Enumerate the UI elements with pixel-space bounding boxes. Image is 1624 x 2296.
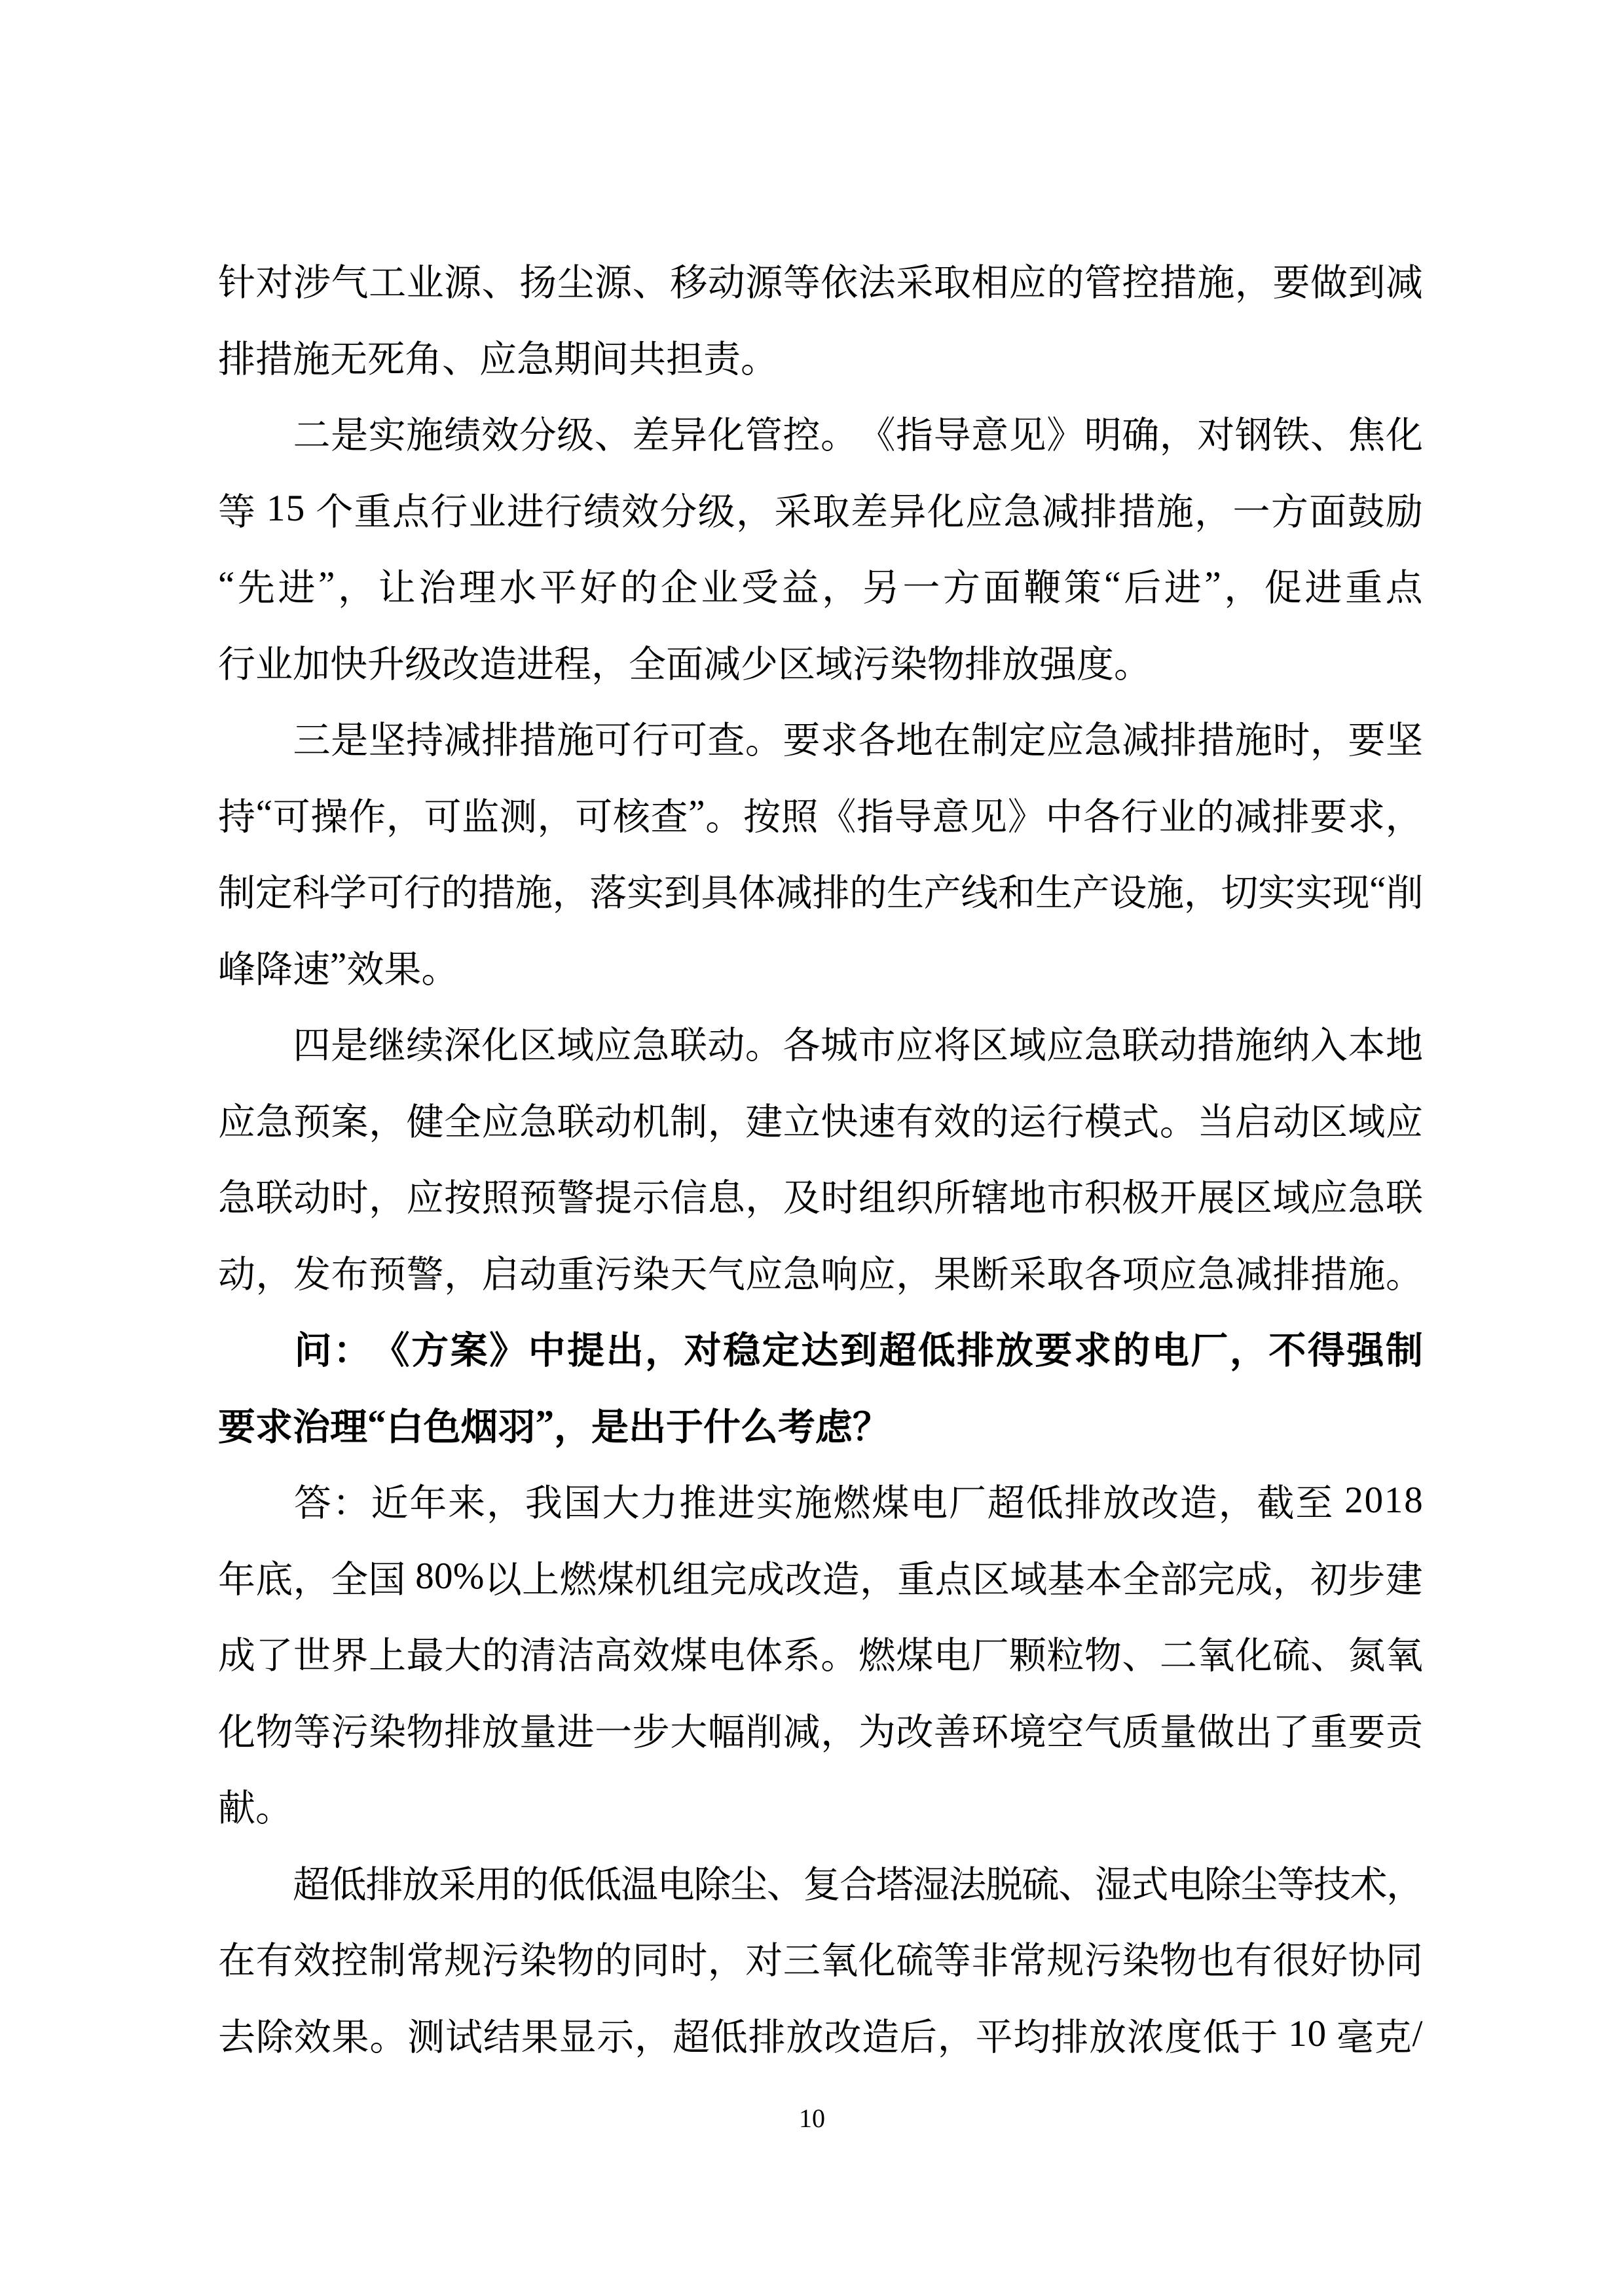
- text-line: 等 15 个重点行业进行绩效分级，采取差异化应急减排措施，一方面鼓励: [218, 471, 1423, 547]
- text-line: 成了世界上最大的清洁高效煤电体系。燃煤电厂颗粒物、二氧化硫、氮氧: [218, 1614, 1423, 1691]
- text-line: 去除效果。测试结果显示，超低排放改造后，平均排放浓度低于 10 毫克/: [218, 1996, 1423, 2073]
- text-line: 答：近年来，我国大力推进实施燃煤电厂超低排放改造，截至 2018: [218, 1462, 1423, 1539]
- text-line: 制定科学可行的措施，落实到具体减排的生产线和生产设施，切实实现“削: [218, 852, 1423, 928]
- text-line: 急联动时，应按照预警提示信息，及时组织所辖地市积极开展区域应急联: [218, 1157, 1423, 1233]
- page-number: 10: [0, 2099, 1624, 2138]
- text-line: 动，发布预警，启动重污染天气应急响应，果断采取各项应急减排措施。: [218, 1233, 1423, 1310]
- document-body: 针对涉气工业源、扬尘源、移动源等依法采取相应的管控措施，要做到减排措施无死角、应…: [218, 242, 1423, 2072]
- text-line: 化物等污染物排放量进一步大幅削减，为改善环境空气质量做出了重要贡: [218, 1691, 1423, 1768]
- document-page: 针对涉气工业源、扬尘源、移动源等依法采取相应的管控措施，要做到减排措施无死角、应…: [0, 0, 1624, 2296]
- text-line: 问：《方案》中提出，对稳定达到超低排放要求的电厂，不得强制: [218, 1309, 1423, 1386]
- text-line: “先进”，让治理水平好的企业受益，另一方面鞭策“后进”，促进重点: [218, 547, 1423, 623]
- text-line: 在有效控制常规污染物的同时，对三氧化硫等非常规污染物也有很好协同: [218, 1920, 1423, 1996]
- text-line: 年底，全国 80%以上燃煤机组完成改造，重点区域基本全部完成，初步建: [218, 1539, 1423, 1615]
- text-line: 应急预案，健全应急联动机制，建立快速有效的运行模式。当启动区域应: [218, 1081, 1423, 1157]
- text-line: 超低排放采用的低低温电除尘、复合塔湿法脱硫、湿式电除尘等技术，: [218, 1844, 1423, 1920]
- text-line: 针对涉气工业源、扬尘源、移动源等依法采取相应的管控措施，要做到减: [218, 242, 1423, 318]
- text-line: 持“可操作，可监测，可核查”。按照《指导意见》中各行业的减排要求，: [218, 776, 1423, 852]
- text-line: 四是继续深化区域应急联动。各城市应将区域应急联动措施纳入本地: [218, 1004, 1423, 1081]
- text-line: 三是坚持减排措施可行可查。要求各地在制定应急减排措施时，要坚: [218, 699, 1423, 776]
- text-line: 献。: [218, 1767, 1423, 1844]
- text-line: 二是实施绩效分级、差异化管控。《指导意见》明确，对钢铁、焦化: [218, 394, 1423, 471]
- text-line: 排措施无死角、应急期间共担责。: [218, 318, 1423, 395]
- text-line: 峰降速”效果。: [218, 928, 1423, 1005]
- text-line: 行业加快升级改造进程，全面减少区域污染物排放强度。: [218, 623, 1423, 700]
- text-line: 要求治理“白色烟羽”，是出于什么考虑？: [218, 1386, 1423, 1463]
